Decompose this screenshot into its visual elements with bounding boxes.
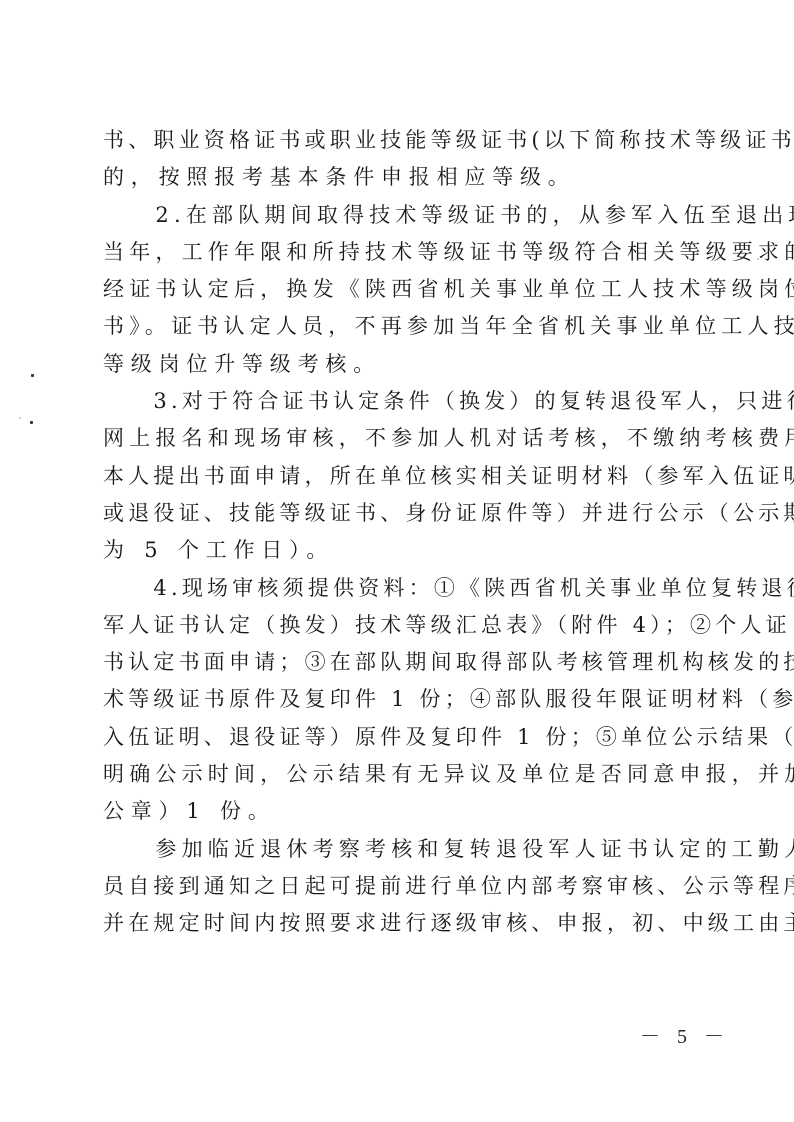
page-number: － 5 － [640, 1020, 730, 1049]
scan-speck [19, 417, 21, 419]
text-line: 的，按照报考基本条件申报相应等级。 [103, 159, 693, 196]
text-line: 本人提出书面申请，所在单位核实相关证明材料（参军入伍证明 [103, 458, 693, 495]
text-line: 书》。证书认定人员，不再参加当年全省机关事业单位工人技术 [103, 308, 693, 345]
text-line: 为 5 个工作日）。 [103, 532, 693, 569]
text-line: 经证书认定后，换发《陕西省机关事业单位工人技术等级岗位证 [103, 271, 693, 308]
text-line: 等级岗位升等级考核。 [103, 346, 693, 383]
text-line: 书认定书面申请；③在部队期间取得部队考核管理机构核发的技 [103, 644, 693, 681]
text-line: 员自接到通知之日起可提前进行单位内部考察审核、公示等程序， [103, 868, 693, 905]
text-line: 网上报名和现场审核，不参加人机对话考核，不缴纳考核费用。 [103, 420, 693, 457]
scan-speck [757, 258, 759, 260]
text-line: 当年，工作年限和所持技术等级证书等级符合相关等级要求的， [103, 234, 693, 271]
paragraph-3-start: 3.对于符合证书认定条件（换发）的复转退役军人，只进行 [103, 383, 693, 420]
paragraph-4-start: 4.现场审核须提供资料：①《陕西省机关事业单位复转退役 [103, 570, 693, 607]
text-line: 明确公示时间，公示结果有无异议及单位是否同意申报，并加盖 [103, 756, 693, 793]
document-page: 书、职业资格证书或职业技能等级证书(以下简称技术等级证书) 的，按照报考基本条件… [0, 0, 794, 1122]
text-line: 入伍证明、退役证等）原件及复印件 1 份；⑤单位公示结果（须 [103, 719, 693, 756]
text-line: 书、职业资格证书或职业技能等级证书(以下简称技术等级证书) [103, 122, 693, 159]
scan-speck [31, 374, 34, 377]
text-line: 军人证书认定（换发）技术等级汇总表》（附件 4）；②个人证 [103, 607, 693, 644]
paragraph-2-start: 2.在部队期间取得技术等级证书的，从参军入伍至退出现役 [103, 197, 693, 234]
scan-speck [30, 421, 33, 424]
scan-speck [110, 893, 112, 895]
body-text: 书、职业资格证书或职业技能等级证书(以下简称技术等级证书) 的，按照报考基本条件… [103, 122, 693, 943]
paragraph-5-start: 参加临近退休考察考核和复转退役军人证书认定的工勤人 [103, 831, 693, 868]
text-line: 术等级证书原件及复印件 1 份；④部队服役年限证明材料（参军 [103, 681, 693, 718]
text-line: 公章）1 份。 [103, 793, 693, 830]
text-line: 并在规定时间内按照要求进行逐级审核、申报，初、中级工由主 [103, 905, 693, 942]
text-line: 或退役证、技能等级证书、身份证原件等）并进行公示（公示期 [103, 495, 693, 532]
